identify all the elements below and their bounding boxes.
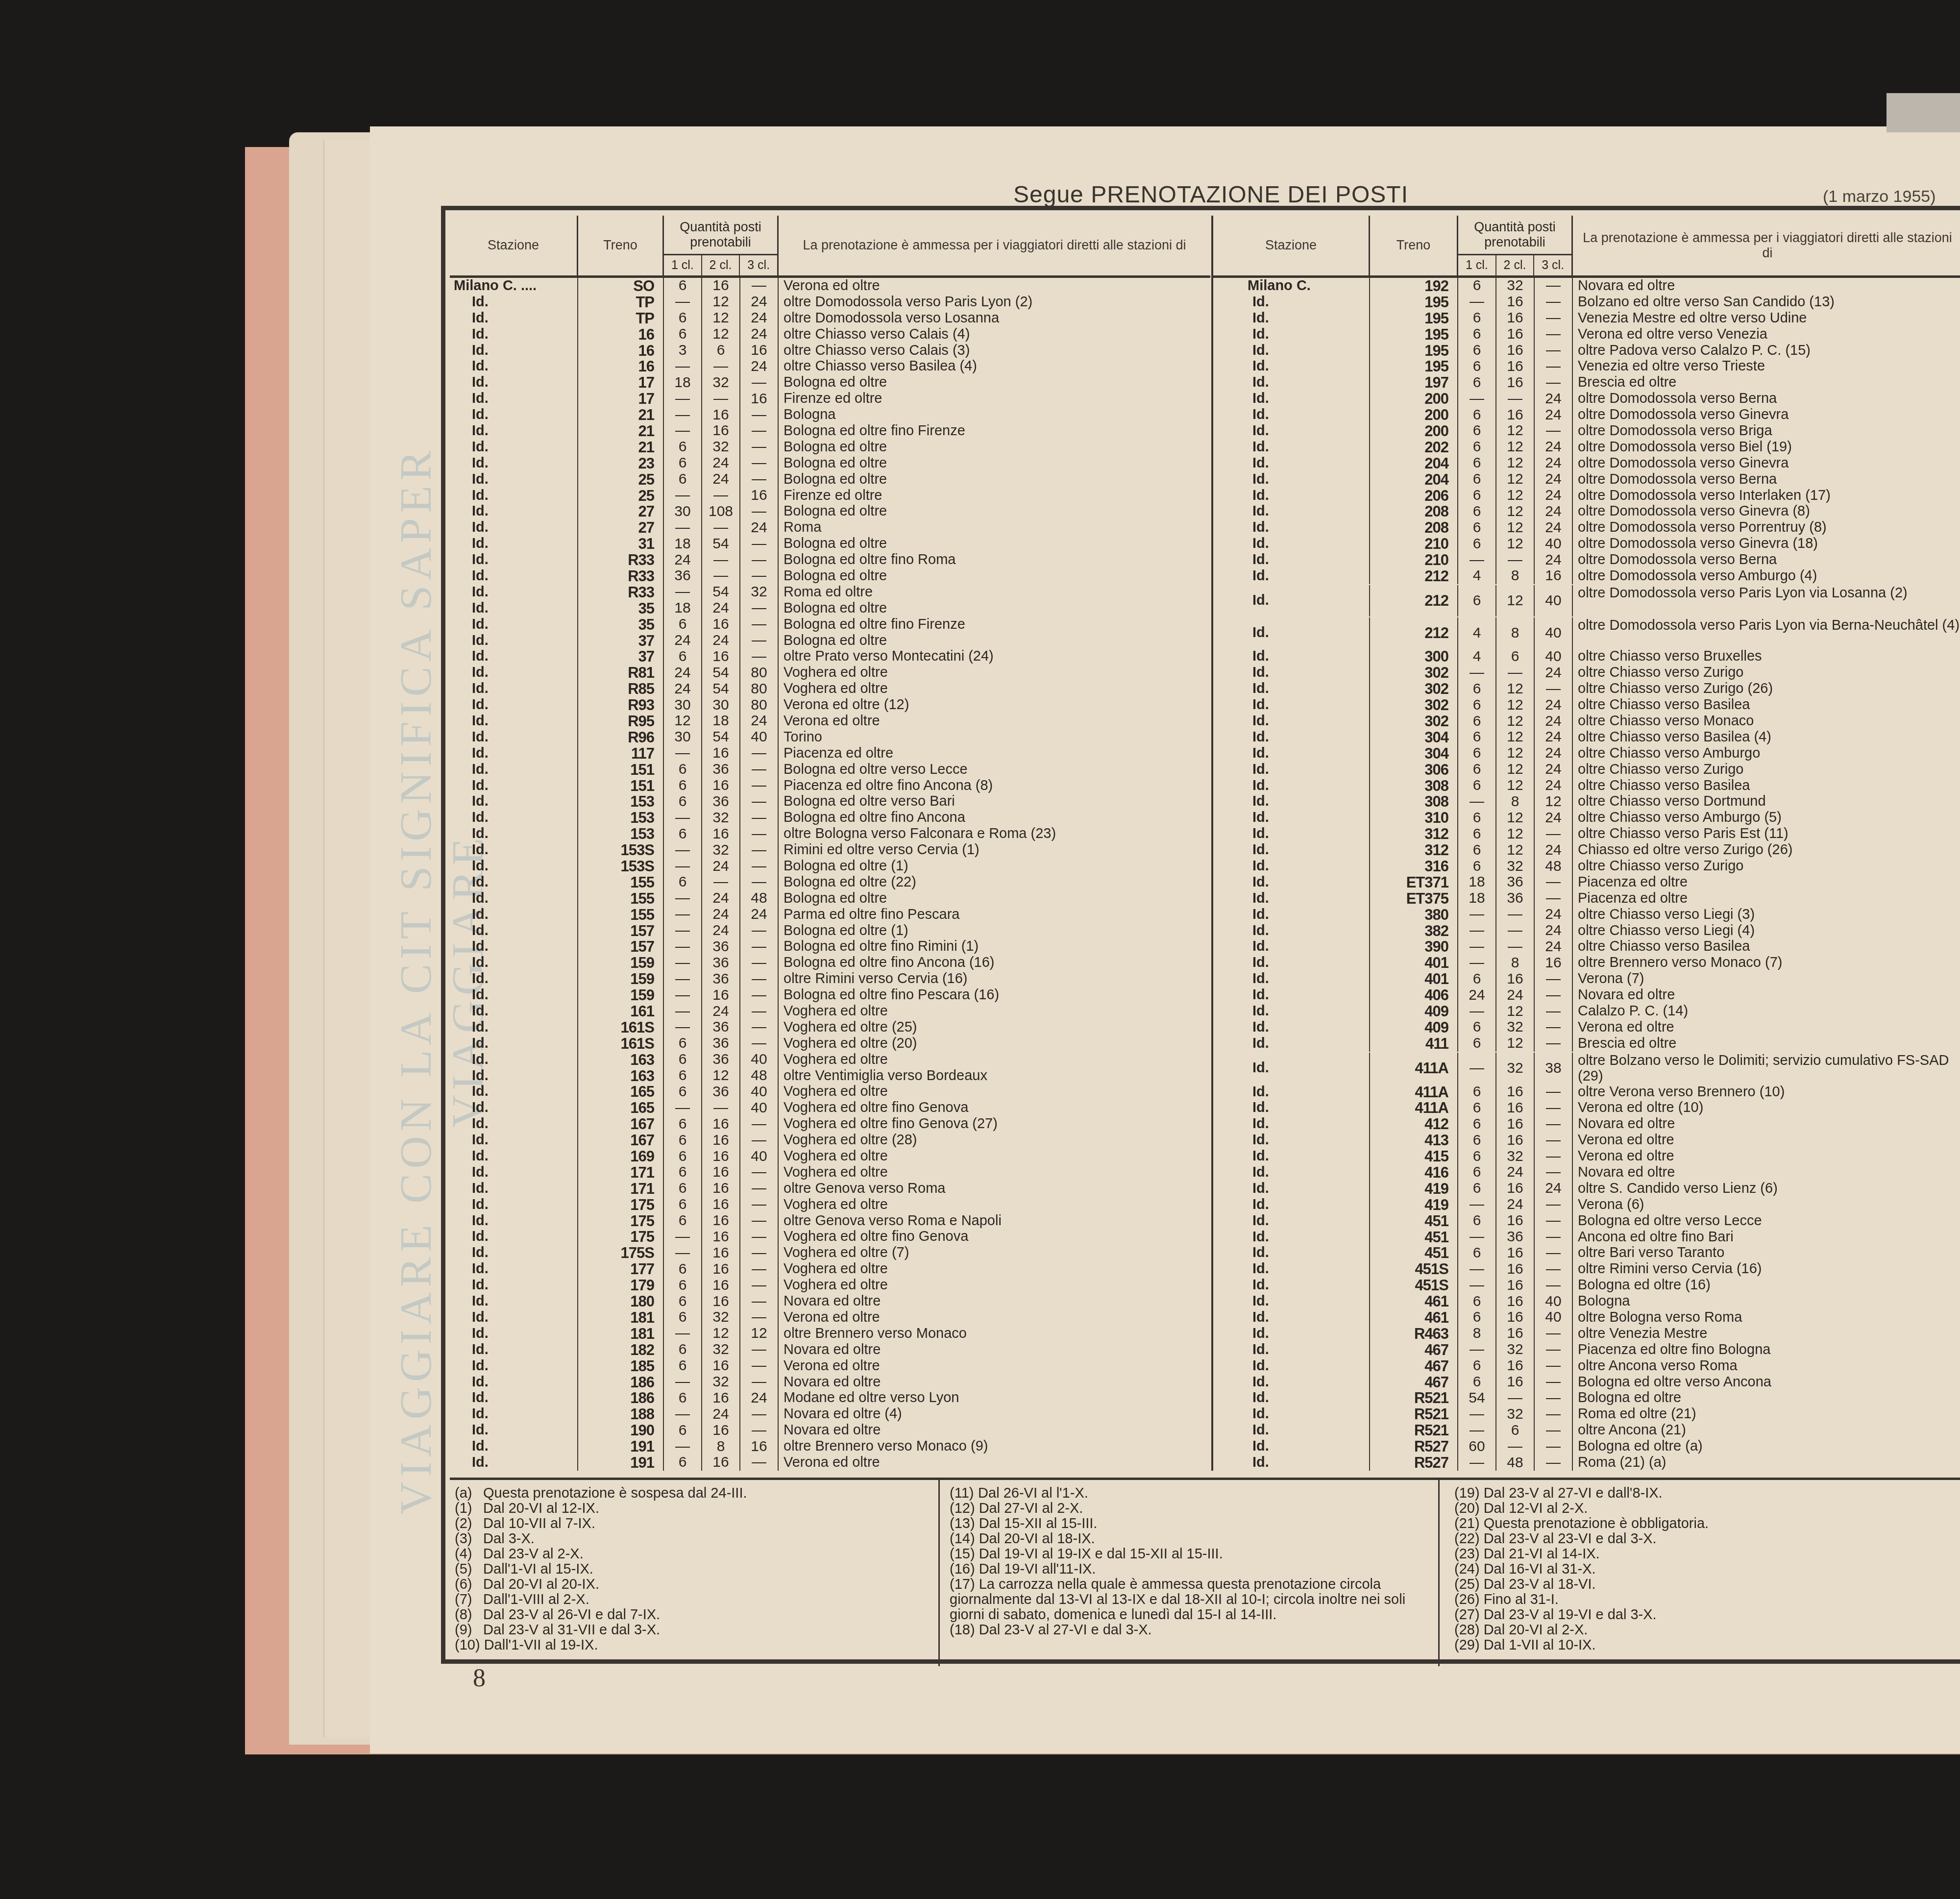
second-class-seats-cell: — [1496,1438,1535,1455]
table-row: Id.467616—Bologna ed oltre verso Ancona [1213,1374,1960,1390]
train-number-cell: 210 [1370,552,1458,568]
footnote: (2) Dal 10-VII al 7-IX. [455,1516,938,1531]
first-class-seats-cell: 6 [1458,326,1496,343]
first-class-seats-cell: 6 [1458,697,1496,713]
footnote: (13) Dal 15-XII al 15-III. [950,1516,1438,1531]
footnote-label: (4) [455,1547,479,1562]
first-class-seats-cell: — [1458,665,1496,681]
table-row: Id.1661224oltre Chiasso verso Calais (4) [450,326,1210,343]
header-class-2: 2 cl. [1496,255,1535,275]
table-row: Id.351824—Bologna ed oltre [450,600,1210,617]
third-class-seats-cell: — [740,423,779,439]
first-class-seats-cell: — [664,745,702,762]
station-cell: Id. [450,810,578,826]
destination-cell: oltre Chiasso verso Bruxelles [1573,649,1960,665]
train-number-cell: TP [578,310,664,326]
third-class-seats-cell: — [740,1245,779,1261]
table-row: Id.210——24oltre Domodossola verso Berna [1213,552,1960,568]
second-class-seats-cell: 32 [1496,1148,1535,1164]
train-number-cell: 308 [1370,778,1458,794]
third-class-seats-cell: 24 [740,519,779,536]
train-number-cell: 27 [578,519,664,536]
destination-cell: Voghera ed oltre (25) [779,1019,1210,1036]
destination-cell: Modane ed oltre verso Lyon [779,1390,1210,1406]
second-class-seats-cell: 16 [1496,1326,1535,1342]
table-row: Id.R52154——Bologna ed oltre [1213,1390,1960,1406]
first-class-seats-cell: 3 [664,343,702,359]
station-cell: Id. [450,1374,578,1390]
third-class-seats-cell: — [1535,681,1573,697]
destination-cell: oltre Chiasso verso Calais (3) [779,343,1210,359]
third-class-seats-cell: — [1535,343,1573,359]
third-class-seats-cell: — [740,536,779,552]
destination-cell: Brescia ed oltre [1573,374,1960,391]
train-number-cell: R33 [578,584,664,600]
second-class-seats-cell: 32 [702,1374,740,1390]
footnote-label: (24) [1454,1562,1480,1577]
station-cell: Id. [450,584,578,600]
station-cell: Id. [1213,519,1370,536]
train-number-cell: 380 [1370,907,1458,923]
train-number-cell: 153 [578,794,664,810]
table-row: Milano C. ....SO616—Verona ed oltre [450,278,1210,294]
table-row: Id.159—36—Bologna ed oltre fino Ancona (… [450,955,1210,971]
table-row: Id.16563640Voghera ed oltre [450,1084,1210,1100]
table-row: Id.16363640Voghera ed oltre [450,1052,1210,1068]
station-cell: Id. [1213,439,1370,455]
first-class-seats-cell: 6 [664,794,702,810]
footnote: (a) Questa prenotazione è sospesa dal 24… [455,1486,938,1501]
second-class-seats-cell: 6 [1496,649,1535,665]
second-class-seats-cell: 16 [702,745,740,762]
second-class-seats-cell: 16 [1496,1245,1535,1261]
first-class-seats-cell: — [1458,1229,1496,1245]
table-row: Id.30261224oltre Chiasso verso Monaco [1213,713,1960,729]
header-quantity-group: Quantità posti prenotabili 1 cl. 2 cl. 3… [664,216,779,275]
second-class-seats-cell: 12 [1496,471,1535,488]
footnote-label: (27) [1454,1607,1480,1623]
first-class-seats-cell: — [664,391,702,407]
second-class-seats-cell: 12 [1496,681,1535,697]
destination-cell: Bologna ed oltre [779,568,1210,584]
second-class-seats-cell: 8 [1496,617,1535,649]
second-class-seats-cell: 54 [702,681,740,697]
station-cell: Id. [1213,955,1370,971]
station-cell: Id. [450,794,578,810]
first-class-seats-cell: 6 [664,1213,702,1229]
second-class-seats-cell: 16 [702,278,740,294]
second-class-seats-cell: 32 [702,1342,740,1358]
table-row: Id.401—816oltre Brennero verso Monaco (7… [1213,955,1960,971]
table-row: Id.190616—Novara ed oltre [450,1422,1210,1438]
station-cell: Id. [1213,890,1370,907]
third-class-seats-cell: — [740,971,779,987]
table-row: Id.ET3751836—Piacenza ed oltre [1213,890,1960,907]
table-row: Id.153—32—Bologna ed oltre fino Ancona [450,810,1210,826]
first-class-seats-cell: 6 [664,471,702,488]
first-class-seats-cell: — [1458,391,1496,407]
second-class-seats-cell: 12 [1496,439,1535,455]
third-class-seats-cell: — [740,1277,779,1293]
station-cell: Id. [1213,310,1370,326]
table-row: Id.25624—Bologna ed oltre [450,471,1210,488]
second-class-seats-cell: 36 [702,971,740,987]
first-class-seats-cell: — [664,1406,702,1422]
first-class-seats-cell: 6 [1458,310,1496,326]
first-class-seats-cell: 6 [664,439,702,455]
second-class-seats-cell: 16 [1496,971,1535,987]
first-class-seats-cell: 6 [1458,439,1496,455]
second-class-seats-cell: 12 [1496,455,1535,471]
third-class-seats-cell: 40 [740,1148,779,1164]
station-cell: Id. [1213,1326,1370,1342]
table-row: Id.27——24Roma [450,519,1210,536]
second-class-seats-cell: 12 [702,1326,740,1342]
station-cell: Id. [1213,1164,1370,1181]
second-class-seats-cell: 24 [702,633,740,649]
first-class-seats-cell: 6 [664,617,702,633]
train-number-cell: 175 [578,1229,664,1245]
train-number-cell: 153S [578,842,664,858]
first-class-seats-cell: 6 [1458,1100,1496,1116]
station-cell: Id. [1213,455,1370,471]
first-class-seats-cell: 54 [1458,1390,1496,1406]
station-cell: Id. [1213,585,1370,617]
table-row: Id.185616—Verona ed oltre [450,1358,1210,1374]
first-class-seats-cell: — [1458,1422,1496,1438]
station-cell: Id. [450,552,578,568]
table-row: Id.175S—16—Voghera ed oltre (7) [450,1245,1210,1261]
train-number-cell: 25 [578,471,664,488]
train-number-cell: 21 [578,407,664,423]
footnote: (9) Dal 23-V al 31-VII e dal 3-X. [455,1623,938,1638]
station-cell: Id. [1213,1309,1370,1326]
third-class-seats-cell: — [740,794,779,810]
footnote: (7) Dall'1-VIII al 2-X. [455,1592,938,1607]
station-cell: Id. [1213,1036,1370,1052]
third-class-seats-cell: — [740,617,779,633]
table-row: Id.25——16Firenze ed oltre [450,488,1210,504]
footnote-label: (17) [950,1577,975,1592]
destination-cell: Venezia ed oltre verso Trieste [1573,358,1960,374]
train-number-cell: 37 [578,633,664,649]
table-row: Id.180616—Novara ed oltre [450,1293,1210,1309]
third-class-seats-cell: — [740,939,779,955]
third-class-seats-cell: — [1535,1455,1573,1471]
station-cell: Id. [450,455,578,471]
table-row: Id.165——40Voghera ed oltre fino Genova [450,1100,1210,1116]
third-class-seats-cell: 48 [740,890,779,907]
third-class-seats-cell: 24 [740,326,779,343]
train-number-cell: 204 [1370,455,1458,471]
first-class-seats-cell: 6 [664,1148,702,1164]
train-number-cell: R527 [1370,1455,1458,1471]
footnote-text: Dal 16-VI al 31-X. [1484,1561,1596,1577]
first-class-seats-cell: 36 [664,568,702,584]
first-class-seats-cell: — [664,955,702,971]
destination-cell: Torino [779,729,1210,745]
destination-cell: oltre Domodossola verso Amburgo (4) [1573,568,1960,584]
destination-cell: oltre Genova verso Roma e Napoli [779,1213,1210,1229]
second-class-seats-cell: 12 [1496,778,1535,794]
destination-cell: Bologna ed oltre [779,439,1210,455]
destination-cell: oltre Chiasso verso Zurigo [1573,858,1960,874]
table-row: Id.21—16—Bologna ed oltre fino Firenze [450,423,1210,439]
header-class-3: 3 cl. [740,255,777,275]
station-cell: Id. [450,1068,578,1084]
second-class-seats-cell: 16 [1496,1100,1535,1116]
first-class-seats-cell: 12 [664,713,702,729]
table-row: Id.171616—Voghera ed oltre [450,1164,1210,1181]
train-number-cell: 308 [1370,794,1458,810]
first-class-seats-cell: 6 [1458,519,1496,536]
station-cell: Id. [450,423,578,439]
table-row: Id.451616—Bologna ed oltre verso Lecce [1213,1213,1960,1229]
table-row: Id.21—16—Bologna [450,407,1210,423]
table-row: Id.17——16Firenze ed oltre [450,391,1210,407]
third-class-seats-cell: — [740,471,779,488]
footnote: (8) Dal 23-V al 26-VI e dal 7-IX. [455,1607,938,1623]
second-class-seats-cell: 12 [702,326,740,343]
first-class-seats-cell: — [664,907,702,923]
third-class-seats-cell: — [1535,1438,1573,1455]
first-class-seats-cell: — [664,939,702,955]
second-class-seats-cell: 6 [702,343,740,359]
first-class-seats-cell: — [664,971,702,987]
table-row: Id.177616—Voghera ed oltre [450,1261,1210,1277]
footnote-text: Dal 1-VII al 10-IX. [1484,1637,1596,1653]
train-number-cell: 165 [578,1084,664,1100]
destination-cell: Firenze ed oltre [779,391,1210,407]
third-class-seats-cell: — [1535,1148,1573,1164]
second-class-seats-cell: 36 [702,939,740,955]
third-class-seats-cell: — [1535,1406,1573,1422]
second-class-seats-cell: 12 [1496,713,1535,729]
third-class-seats-cell: — [740,1229,779,1245]
table-row: Id.372424—Bologna ed oltre [450,633,1210,649]
footnotes-column-1: (a) Questa prenotazione è sospesa dal 24… [450,1480,940,1666]
footnote: (15) Dal 19-VI al 19-IX e dal 15-XII al … [950,1547,1438,1562]
destination-cell: Novara ed oltre [779,1342,1210,1358]
station-cell: Id. [450,713,578,729]
station-cell: Id. [1213,907,1370,923]
destination-cell: Bologna ed oltre [779,890,1210,907]
header-class-2: 2 cl. [702,255,740,275]
train-number-cell: R463 [1370,1326,1458,1342]
second-class-seats-cell: 16 [702,407,740,423]
first-class-seats-cell: 6 [1458,374,1496,391]
second-class-seats-cell: 24 [702,858,740,874]
destination-cell: Calalzo P. C. (14) [1573,1003,1960,1019]
destination-cell: Novara ed oltre [1573,1164,1960,1181]
station-cell: Id. [450,519,578,536]
third-class-seats-cell: — [740,1406,779,1422]
footnote-text: Dall'1-VIII al 2-X. [483,1592,589,1607]
second-class-seats-cell: 36 [702,762,740,778]
train-number-cell: R521 [1370,1406,1458,1422]
train-number-cell: 35 [578,600,664,617]
train-number-cell: 200 [1370,423,1458,439]
third-class-seats-cell: 24 [1535,842,1573,858]
train-number-cell: 302 [1370,697,1458,713]
train-number-cell: 157 [578,923,664,939]
destination-cell: oltre Domodossola verso Berna [1573,471,1960,488]
station-cell: Id. [450,326,578,343]
footnote-text: Dal 20-VI al 20-IX. [483,1577,599,1592]
footnote-label: (22) [1454,1531,1480,1547]
table-row: Id.308—812oltre Chiasso verso Dortmund [1213,794,1960,810]
station-cell: Id. [450,1293,578,1309]
booklet-top-pages [1886,93,1960,132]
station-cell: Id. [1213,1261,1370,1277]
third-class-seats-cell: — [1535,1422,1573,1438]
third-class-seats-cell: 24 [1535,455,1573,471]
footnote-label: (12) [950,1501,975,1516]
first-class-seats-cell: 24 [664,665,702,681]
first-class-seats-cell: 6 [1458,1293,1496,1309]
train-number-cell: 208 [1370,519,1458,536]
second-class-seats-cell: 24 [702,600,740,617]
footnote-label: (6) [455,1577,479,1592]
table-row: Id.451—36—Ancona ed oltre fino Bari [1213,1229,1960,1245]
table-row: Id.30461224oltre Chiasso verso Amburgo [1213,745,1960,762]
third-class-seats-cell: — [740,1197,779,1213]
third-class-seats-cell: — [740,987,779,1003]
first-class-seats-cell: 6 [664,1197,702,1213]
second-class-seats-cell: 24 [702,1003,740,1019]
station-cell: Id. [1213,1148,1370,1164]
footnote-text: Dal 3-X. [483,1531,535,1547]
destination-cell: Voghera ed oltre (7) [779,1245,1210,1261]
first-class-seats-cell: 6 [664,326,702,343]
second-class-seats-cell: 54 [702,536,740,552]
table-row: Id.R81245480Voghera ed oltre [450,665,1210,681]
third-class-seats-cell: — [740,648,779,665]
station-cell: Id. [450,439,578,455]
second-class-seats-cell: 12 [1496,503,1535,519]
footnote-label: (15) [950,1547,975,1562]
station-cell: Id. [1213,697,1370,713]
destination-cell: oltre Ancona (21) [1573,1422,1960,1438]
footnote-label: (26) [1454,1592,1480,1607]
second-class-seats-cell: — [1496,923,1535,939]
second-class-seats-cell: 16 [702,1116,740,1132]
second-class-seats-cell: 16 [1496,1181,1535,1197]
page-date: (1 marzo 1955) [1823,187,1936,206]
station-cell: Id. [450,971,578,987]
second-class-seats-cell: — [702,519,740,536]
first-class-seats-cell: — [1458,1342,1496,1358]
train-number-cell: 151 [578,762,664,778]
station-cell: Id. [450,374,578,391]
train-number-cell: 175S [578,1245,664,1261]
first-class-seats-cell: 6 [664,1132,702,1148]
second-class-seats-cell: 108 [702,503,740,519]
destination-cell: oltre Verona verso Brennero (10) [1573,1084,1960,1100]
destination-cell: Novara ed oltre [1573,1116,1960,1132]
second-class-seats-cell: 8 [1496,794,1535,810]
first-class-seats-cell: 6 [1458,858,1496,874]
table-row: Id.20661224oltre Domodossola verso Inter… [1213,488,1960,504]
footnote-label: (29) [1454,1638,1480,1653]
destination-cell: Roma ed oltre [779,584,1210,600]
station-cell: Id. [1213,358,1370,374]
footnote-text: Dal 23-V al 26-VI e dal 7-IX. [483,1607,660,1623]
destination-cell: Piacenza ed oltre [1573,890,1960,907]
table-row: Id.20861224oltre Domodossola verso Porre… [1213,519,1960,536]
second-class-seats-cell: 6 [1496,1422,1535,1438]
table-row: Id.413616—Verona ed oltre [1213,1132,1960,1148]
second-class-seats-cell: 32 [1496,278,1535,294]
second-class-seats-cell: 16 [1496,1132,1535,1148]
footnote: (12) Dal 27-VI al 2-X. [950,1501,1438,1516]
destination-cell: Verona ed oltre (10) [1573,1100,1960,1116]
train-number-cell: TP [578,294,664,310]
table-row: Id.302612—oltre Chiasso verso Zurigo (26… [1213,681,1960,697]
footnote-label: (23) [1454,1547,1480,1562]
footnote-text: Dal 23-V al 23-VI e dal 3-X. [1484,1531,1657,1547]
footnote-label: (11) [950,1486,974,1501]
third-class-seats-cell: — [1535,1164,1573,1181]
second-class-seats-cell: 16 [1496,343,1535,359]
third-class-seats-cell: — [740,1358,779,1374]
second-class-seats-cell: 18 [702,713,740,729]
destination-cell: oltre Bologna verso Falconara e Roma (23… [779,826,1210,842]
destination-cell: oltre Chiasso verso Monaco [1573,713,1960,729]
train-number-cell: 151 [578,778,664,794]
table-row: Id.151636—Bologna ed oltre verso Lecce [450,762,1210,778]
second-class-seats-cell: 16 [1496,310,1535,326]
table-row: Id.41961624oltre S. Candido verso Lienz … [1213,1181,1960,1197]
second-class-seats-cell: 16 [1496,294,1535,310]
table-row: Id.195616—Venezia ed oltre verso Trieste [1213,358,1960,374]
third-class-seats-cell: 24 [1535,471,1573,488]
second-class-seats-cell: — [1496,665,1535,681]
footnote-label: (14) [950,1531,975,1547]
station-cell: Id. [450,1406,578,1422]
second-class-seats-cell: 16 [1496,1358,1535,1374]
first-class-seats-cell: — [664,488,702,504]
footnote: (4) Dal 23-V al 2-X. [455,1547,938,1562]
table-row: Id.175616—Voghera ed oltre [450,1197,1210,1213]
station-cell: Id. [1213,1197,1370,1213]
train-number-cell: 212 [1370,617,1458,649]
first-class-seats-cell: 6 [1458,810,1496,826]
train-number-cell: 21 [578,423,664,439]
third-class-seats-cell: 24 [740,294,779,310]
footnote-text: La carrozza nella quale è ammessa questa… [950,1577,1405,1623]
second-class-seats-cell: 16 [702,1164,740,1181]
station-cell: Id. [450,665,578,681]
destination-cell: oltre Chiasso verso Basilea (4) [1573,729,1960,745]
train-number-cell: 17 [578,374,664,391]
train-number-cell: 163 [578,1052,664,1068]
train-number-cell: 411A [1370,1100,1458,1116]
second-class-seats-cell: — [702,358,740,374]
third-class-seats-cell: 24 [1535,923,1573,939]
second-class-seats-cell: — [702,874,740,890]
table-row: Id.467—32—Piacenza ed oltre fino Bologna [1213,1342,1960,1358]
destination-cell: Verona ed oltre [1573,1148,1960,1164]
first-class-seats-cell: 6 [1458,358,1496,374]
station-cell: Id. [1213,745,1370,762]
first-class-seats-cell: 6 [664,1116,702,1132]
train-number-cell: R33 [578,552,664,568]
train-number-cell: 117 [578,745,664,762]
station-cell: Id. [450,1422,578,1438]
third-class-seats-cell: — [740,874,779,890]
second-class-seats-cell: — [702,552,740,568]
